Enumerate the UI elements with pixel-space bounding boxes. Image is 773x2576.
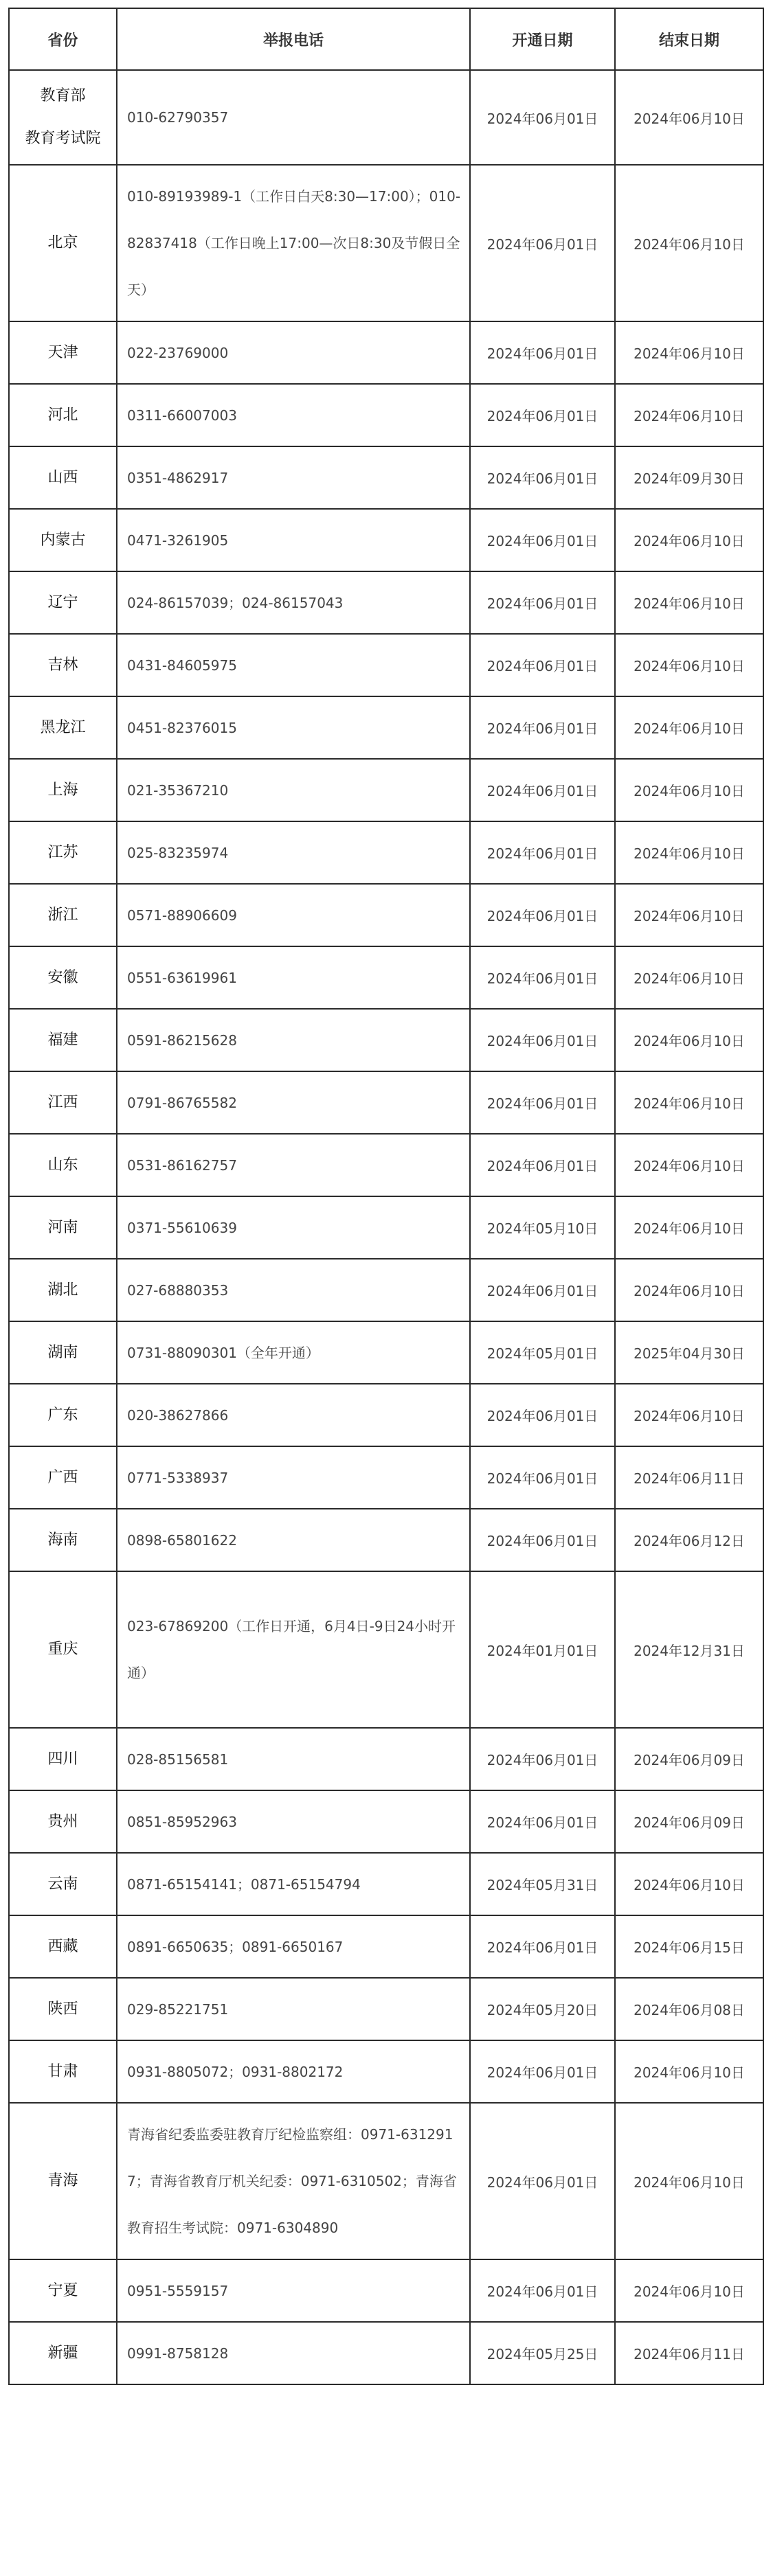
end-date-cell: 2024年06月10日 — [615, 70, 763, 165]
table-row: 青海青海省纪委监委驻教育厅纪检监察组：0971-6312917；青海省教育厅机关… — [9, 2103, 763, 2259]
province-name: 广东 — [10, 1394, 116, 1437]
start-date-cell: 2024年06月01日 — [470, 1134, 615, 1196]
province-name: 河南 — [10, 1207, 116, 1249]
table-row: 天津022-237690002024年06月01日2024年06月10日 — [9, 321, 763, 384]
phone-cell: 010-89193989-1（工作日白天8:30—17:00）；010-8283… — [117, 165, 470, 321]
phone-cell: 0591-86215628 — [117, 1009, 470, 1071]
table-row: 山东0531-861627572024年06月01日2024年06月10日 — [9, 1134, 763, 1196]
table-row: 安徽0551-636199612024年06月01日2024年06月10日 — [9, 946, 763, 1009]
table-body: 教育部教育考试院010-627903572024年06月01日2024年06月1… — [9, 70, 763, 2384]
phone-cell: 0351-4862917 — [117, 446, 470, 509]
phone-cell: 0531-86162757 — [117, 1134, 470, 1196]
start-date-cell: 2024年06月01日 — [470, 1384, 615, 1446]
table-row: 福建0591-862156282024年06月01日2024年06月10日 — [9, 1009, 763, 1071]
province-name: 吉林 — [10, 644, 116, 687]
phone-cell: 0891-6650635；0891-6650167 — [117, 1915, 470, 1978]
table-row: 湖北027-688803532024年06月01日2024年06月10日 — [9, 1259, 763, 1321]
province-name: 天津 — [10, 332, 116, 374]
end-date-cell: 2025年04月30日 — [615, 1321, 763, 1384]
phone-cell: 0451-82376015 — [117, 696, 470, 759]
table-row: 上海021-353672102024年06月01日2024年06月10日 — [9, 759, 763, 821]
province-name: 浙江 — [10, 894, 116, 937]
table-row: 河北0311-660070032024年06月01日2024年06月10日 — [9, 384, 763, 446]
province-cell: 广东 — [9, 1384, 117, 1446]
end-date-cell: 2024年09月30日 — [615, 446, 763, 509]
phone-cell: 0951-5559157 — [117, 2259, 470, 2322]
start-date-cell: 2024年06月01日 — [470, 1071, 615, 1134]
table-row: 河南0371-556106392024年05月10日2024年06月10日 — [9, 1196, 763, 1259]
province-cell: 甘肃 — [9, 2040, 117, 2103]
province-name: 新疆 — [10, 2332, 116, 2375]
table-row: 重庆023-67869200（工作日开通，6月4日-9日24小时开通）2024年… — [9, 1571, 763, 1728]
province-cell: 云南 — [9, 1853, 117, 1915]
end-date-cell: 2024年06月10日 — [615, 696, 763, 759]
end-date-cell: 2024年06月10日 — [615, 165, 763, 321]
province-cell: 陕西 — [9, 1978, 117, 2040]
table-row: 山西0351-48629172024年06月01日2024年09月30日 — [9, 446, 763, 509]
province-cell: 广西 — [9, 1446, 117, 1509]
province-cell: 内蒙古 — [9, 509, 117, 571]
start-date-cell: 2024年06月01日 — [470, 571, 615, 634]
table-row: 宁夏0951-55591572024年06月01日2024年06月10日 — [9, 2259, 763, 2322]
province-cell: 辽宁 — [9, 571, 117, 634]
province-name: 教育部 — [10, 75, 116, 117]
province-cell: 湖南 — [9, 1321, 117, 1384]
start-date-cell: 2024年05月31日 — [470, 1853, 615, 1915]
province-name: 湖南 — [10, 1332, 116, 1374]
end-date-cell: 2024年06月10日 — [615, 1134, 763, 1196]
province-name: 山西 — [10, 457, 116, 499]
province-name: 上海 — [10, 769, 116, 812]
province-name: 四川 — [10, 1738, 116, 1781]
hotline-table: 省份 举报电话 开通日期 结束日期 教育部教育考试院010-6279035720… — [8, 8, 764, 2385]
start-date-cell: 2024年06月01日 — [470, 634, 615, 696]
province-cell: 黑龙江 — [9, 696, 117, 759]
province-name: 云南 — [10, 1863, 116, 1906]
phone-cell: 0371-55610639 — [117, 1196, 470, 1259]
start-date-cell: 2024年06月01日 — [470, 321, 615, 384]
table-header-row: 省份 举报电话 开通日期 结束日期 — [9, 8, 763, 70]
start-date-cell: 2024年05月01日 — [470, 1321, 615, 1384]
end-date-cell: 2024年06月10日 — [615, 321, 763, 384]
table-row: 北京010-89193989-1（工作日白天8:30—17:00）；010-82… — [9, 165, 763, 321]
province-name: 贵州 — [10, 1801, 116, 1843]
table-row: 新疆0991-87581282024年05月25日2024年06月11日 — [9, 2322, 763, 2384]
phone-cell: 0771-5338937 — [117, 1446, 470, 1509]
province-cell: 新疆 — [9, 2322, 117, 2384]
end-date-cell: 2024年06月10日 — [615, 1853, 763, 1915]
end-date-cell: 2024年06月10日 — [615, 1259, 763, 1321]
header-end-date: 结束日期 — [615, 8, 763, 70]
start-date-cell: 2024年06月01日 — [470, 821, 615, 884]
table-row: 教育部教育考试院010-627903572024年06月01日2024年06月1… — [9, 70, 763, 165]
province-name: 陕西 — [10, 1988, 116, 2031]
start-date-cell: 2024年06月01日 — [470, 1728, 615, 1790]
phone-cell: 020-38627866 — [117, 1384, 470, 1446]
start-date-cell: 2024年06月01日 — [470, 1446, 615, 1509]
start-date-cell: 2024年06月01日 — [470, 1915, 615, 1978]
header-phone: 举报电话 — [117, 8, 470, 70]
end-date-cell: 2024年06月09日 — [615, 1790, 763, 1853]
table-row: 甘肃0931-8805072；0931-88021722024年06月01日20… — [9, 2040, 763, 2103]
table-row: 湖南0731-88090301（全年开通）2024年05月01日2025年04月… — [9, 1321, 763, 1384]
province-cell: 教育部教育考试院 — [9, 70, 117, 165]
province-name: 内蒙古 — [10, 519, 116, 562]
phone-cell: 029-85221751 — [117, 1978, 470, 2040]
start-date-cell: 2024年06月01日 — [470, 165, 615, 321]
province-name: 安徽 — [10, 957, 116, 999]
phone-cell: 023-67869200（工作日开通，6月4日-9日24小时开通） — [117, 1571, 470, 1728]
end-date-cell: 2024年06月11日 — [615, 1446, 763, 1509]
phone-cell: 024-86157039；024-86157043 — [117, 571, 470, 634]
end-date-cell: 2024年06月10日 — [615, 2103, 763, 2259]
phone-cell: 0571-88906609 — [117, 884, 470, 946]
province-cell: 山东 — [9, 1134, 117, 1196]
province-name: 山东 — [10, 1144, 116, 1187]
phone-cell: 0898-65801622 — [117, 1509, 470, 1571]
start-date-cell: 2024年06月01日 — [470, 1259, 615, 1321]
end-date-cell: 2024年06月10日 — [615, 1196, 763, 1259]
start-date-cell: 2024年06月01日 — [470, 2259, 615, 2322]
province-cell: 福建 — [9, 1009, 117, 1071]
table-row: 吉林0431-846059752024年06月01日2024年06月10日 — [9, 634, 763, 696]
start-date-cell: 2024年06月01日 — [470, 1009, 615, 1071]
end-date-cell: 2024年06月10日 — [615, 759, 763, 821]
start-date-cell: 2024年06月01日 — [470, 70, 615, 165]
end-date-cell: 2024年06月10日 — [615, 2259, 763, 2322]
phone-cell: 青海省纪委监委驻教育厅纪检监察组：0971-6312917；青海省教育厅机关纪委… — [117, 2103, 470, 2259]
table-row: 广西0771-53389372024年06月01日2024年06月11日 — [9, 1446, 763, 1509]
phone-cell: 025-83235974 — [117, 821, 470, 884]
province-cell: 贵州 — [9, 1790, 117, 1853]
end-date-cell: 2024年06月10日 — [615, 821, 763, 884]
start-date-cell: 2024年05月10日 — [470, 1196, 615, 1259]
province-cell: 海南 — [9, 1509, 117, 1571]
province-cell: 河南 — [9, 1196, 117, 1259]
phone-cell: 010-62790357 — [117, 70, 470, 165]
phone-cell: 0431-84605975 — [117, 634, 470, 696]
table-row: 陕西029-852217512024年05月20日2024年06月08日 — [9, 1978, 763, 2040]
start-date-cell: 2024年06月01日 — [470, 1790, 615, 1853]
start-date-cell: 2024年06月01日 — [470, 946, 615, 1009]
header-start-date: 开通日期 — [470, 8, 615, 70]
phone-cell: 0311-66007003 — [117, 384, 470, 446]
province-cell: 江苏 — [9, 821, 117, 884]
province-name: 教育考试院 — [10, 117, 116, 160]
start-date-cell: 2024年06月01日 — [470, 2103, 615, 2259]
end-date-cell: 2024年06月10日 — [615, 884, 763, 946]
end-date-cell: 2024年06月09日 — [615, 1728, 763, 1790]
province-cell: 吉林 — [9, 634, 117, 696]
province-cell: 北京 — [9, 165, 117, 321]
province-cell: 宁夏 — [9, 2259, 117, 2322]
province-cell: 河北 — [9, 384, 117, 446]
province-name: 湖北 — [10, 1269, 116, 1312]
province-cell: 安徽 — [9, 946, 117, 1009]
end-date-cell: 2024年06月10日 — [615, 1384, 763, 1446]
table-row: 广东020-386278662024年06月01日2024年06月10日 — [9, 1384, 763, 1446]
phone-cell: 0551-63619961 — [117, 946, 470, 1009]
phone-cell: 0731-88090301（全年开通） — [117, 1321, 470, 1384]
province-cell: 天津 — [9, 321, 117, 384]
start-date-cell: 2024年06月01日 — [470, 696, 615, 759]
table-row: 浙江0571-889066092024年06月01日2024年06月10日 — [9, 884, 763, 946]
province-cell: 上海 — [9, 759, 117, 821]
province-name: 辽宁 — [10, 582, 116, 624]
end-date-cell: 2024年06月12日 — [615, 1509, 763, 1571]
end-date-cell: 2024年06月11日 — [615, 2322, 763, 2384]
table-row: 云南0871-65154141；0871-651547942024年05月31日… — [9, 1853, 763, 1915]
phone-cell: 021-35367210 — [117, 759, 470, 821]
end-date-cell: 2024年06月10日 — [615, 2040, 763, 2103]
end-date-cell: 2024年06月10日 — [615, 1071, 763, 1134]
start-date-cell: 2024年06月01日 — [470, 2040, 615, 2103]
province-name: 重庆 — [10, 1628, 116, 1671]
start-date-cell: 2024年06月01日 — [470, 759, 615, 821]
province-name: 江苏 — [10, 832, 116, 874]
province-cell: 西藏 — [9, 1915, 117, 1978]
province-name: 福建 — [10, 1019, 116, 1062]
province-cell: 四川 — [9, 1728, 117, 1790]
phone-cell: 0931-8805072；0931-8802172 — [117, 2040, 470, 2103]
end-date-cell: 2024年06月10日 — [615, 634, 763, 696]
province-name: 青海 — [10, 2160, 116, 2202]
table-row: 辽宁024-86157039；024-861570432024年06月01日20… — [9, 571, 763, 634]
province-cell: 山西 — [9, 446, 117, 509]
end-date-cell: 2024年06月10日 — [615, 384, 763, 446]
phone-cell: 027-68880353 — [117, 1259, 470, 1321]
phone-cell: 028-85156581 — [117, 1728, 470, 1790]
start-date-cell: 2024年05月20日 — [470, 1978, 615, 2040]
phone-cell: 0471-3261905 — [117, 509, 470, 571]
province-name: 河北 — [10, 394, 116, 437]
province-cell: 青海 — [9, 2103, 117, 2259]
end-date-cell: 2024年06月15日 — [615, 1915, 763, 1978]
province-name: 宁夏 — [10, 2270, 116, 2312]
start-date-cell: 2024年06月01日 — [470, 884, 615, 946]
table-row: 贵州0851-859529632024年06月01日2024年06月09日 — [9, 1790, 763, 1853]
table-row: 江西0791-867655822024年06月01日2024年06月10日 — [9, 1071, 763, 1134]
table-row: 黑龙江0451-823760152024年06月01日2024年06月10日 — [9, 696, 763, 759]
phone-cell: 022-23769000 — [117, 321, 470, 384]
end-date-cell: 2024年06月10日 — [615, 509, 763, 571]
end-date-cell: 2024年06月10日 — [615, 946, 763, 1009]
start-date-cell: 2024年06月01日 — [470, 1509, 615, 1571]
start-date-cell: 2024年06月01日 — [470, 384, 615, 446]
province-name: 黑龙江 — [10, 707, 116, 749]
start-date-cell: 2024年06月01日 — [470, 509, 615, 571]
province-name: 江西 — [10, 1082, 116, 1124]
province-name: 海南 — [10, 1519, 116, 1562]
province-cell: 重庆 — [9, 1571, 117, 1728]
header-province: 省份 — [9, 8, 117, 70]
end-date-cell: 2024年06月10日 — [615, 1009, 763, 1071]
province-cell: 浙江 — [9, 884, 117, 946]
phone-cell: 0791-86765582 — [117, 1071, 470, 1134]
phone-cell: 0871-65154141；0871-65154794 — [117, 1853, 470, 1915]
table-row: 四川028-851565812024年06月01日2024年06月09日 — [9, 1728, 763, 1790]
start-date-cell: 2024年05月25日 — [470, 2322, 615, 2384]
province-cell: 江西 — [9, 1071, 117, 1134]
phone-cell: 0991-8758128 — [117, 2322, 470, 2384]
province-cell: 湖北 — [9, 1259, 117, 1321]
start-date-cell: 2024年01月01日 — [470, 1571, 615, 1728]
table-row: 西藏0891-6650635；0891-66501672024年06月01日20… — [9, 1915, 763, 1978]
province-name: 甘肃 — [10, 2051, 116, 2093]
table-row: 海南0898-658016222024年06月01日2024年06月12日 — [9, 1509, 763, 1571]
end-date-cell: 2024年06月08日 — [615, 1978, 763, 2040]
end-date-cell: 2024年06月10日 — [615, 571, 763, 634]
province-name: 西藏 — [10, 1926, 116, 1968]
start-date-cell: 2024年06月01日 — [470, 446, 615, 509]
table-row: 江苏025-832359742024年06月01日2024年06月10日 — [9, 821, 763, 884]
province-name: 北京 — [10, 222, 116, 264]
phone-cell: 0851-85952963 — [117, 1790, 470, 1853]
province-name: 广西 — [10, 1457, 116, 1499]
table-row: 内蒙古0471-32619052024年06月01日2024年06月10日 — [9, 509, 763, 571]
end-date-cell: 2024年12月31日 — [615, 1571, 763, 1728]
